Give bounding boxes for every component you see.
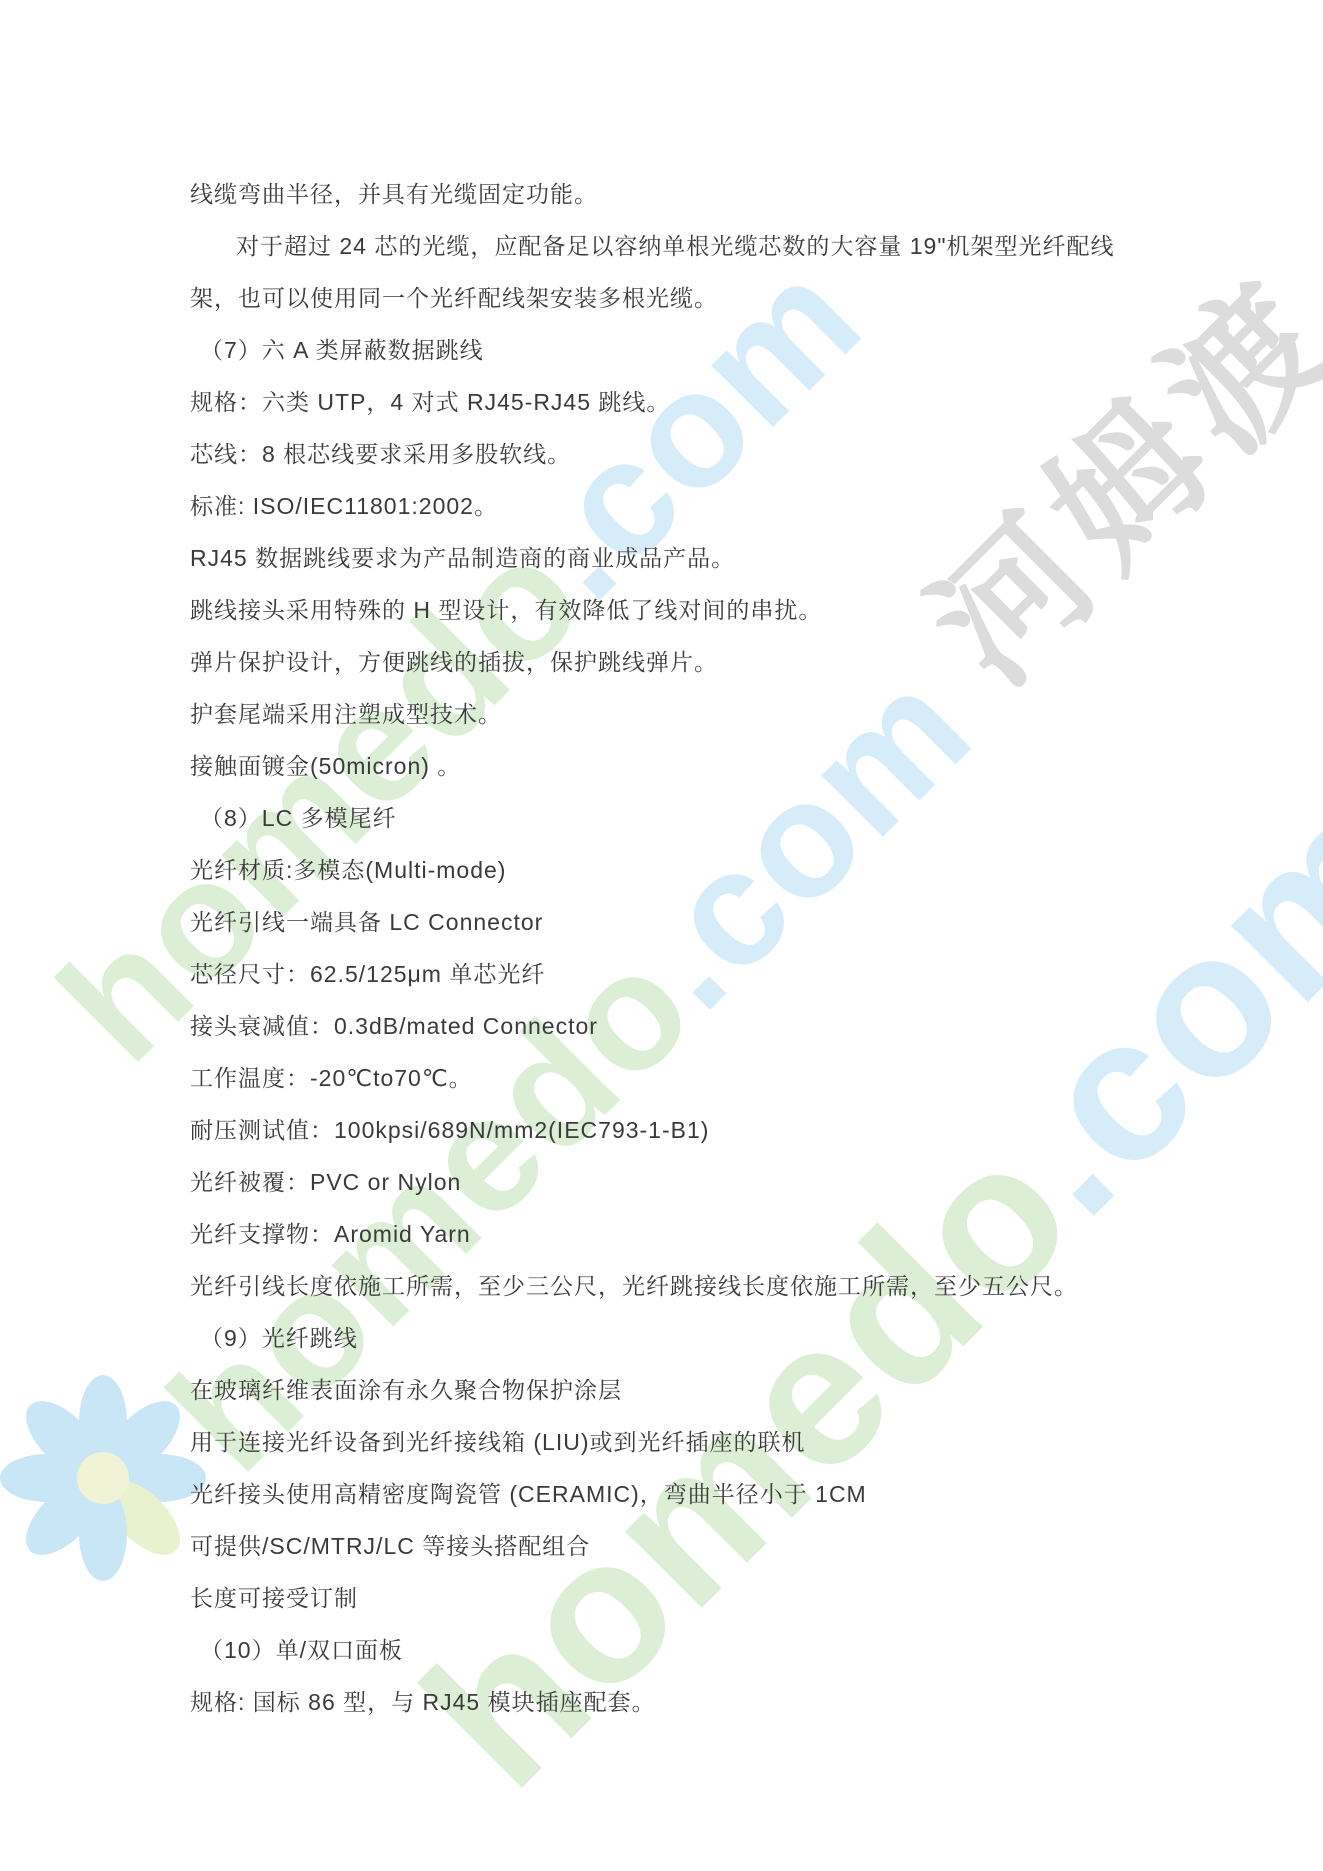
text-line: 在玻璃纤维表面涂有永久聚合物保护涂层 [190, 1362, 1293, 1414]
text-line: （7）六 A 类屏蔽数据跳线 [190, 322, 1293, 374]
flower-center [77, 1452, 129, 1504]
text-line: 架，也可以使用同一个光纤配线架安装多根光缆。 [190, 270, 1293, 322]
text-line: 光纤接头使用高精密度陶瓷管 (CERAMIC)，弯曲半径小于 1CM [190, 1466, 1293, 1518]
text-line: 工作温度：-20℃to70℃。 [190, 1050, 1293, 1102]
text-line: （10）单/双口面板 [190, 1622, 1293, 1674]
text-line: 跳线接头采用特殊的 H 型设计，有效降低了线对间的串扰。 [190, 582, 1293, 634]
text-line: 可提供/SC/MTRJ/LC 等接头搭配组合 [190, 1518, 1293, 1570]
text-line: 护套尾端采用注塑成型技术。 [190, 686, 1293, 738]
text-line: 光纤材质:多模态(Multi-mode) [190, 842, 1293, 894]
text-line: 光纤引线一端具备 LC Connector [190, 894, 1293, 946]
text-line: 芯线：8 根芯线要求采用多股软线。 [190, 426, 1293, 478]
text-line: 弹片保护设计，方便跳线的插拔，保护跳线弹片。 [190, 634, 1293, 686]
document-page: homedo.com homedo.com homedo.com 河姆渡 线缆弯… [0, 0, 1323, 1871]
text-line: 接触面镀金(50micron) 。 [190, 738, 1293, 790]
text-line: 标准: ISO/IEC11801:2002。 [190, 478, 1293, 530]
text-line: 耐压测试值：100kpsi/689N/mm2(IEC793-1-B1) [190, 1102, 1293, 1154]
text-line: （8）LC 多模尾纤 [190, 790, 1293, 842]
text-line: 光纤支撑物：Aromid Yarn [190, 1206, 1293, 1258]
text-line: 规格: 国标 86 型，与 RJ45 模块插座配套。 [190, 1674, 1293, 1726]
text-line: 规格：六类 UTP，4 对式 RJ45-RJ45 跳线。 [190, 374, 1293, 426]
text-line: RJ45 数据跳线要求为产品制造商的商业成品产品。 [190, 530, 1293, 582]
text-line: 接头衰减值：0.3dB/mated Connector [190, 998, 1293, 1050]
document-text: 线缆弯曲半径，并具有光缆固定功能。对于超过 24 芯的光缆，应配备足以容纳单根光… [190, 166, 1293, 1726]
text-line: 长度可接受订制 [190, 1570, 1293, 1622]
text-line: （9）光纤跳线 [190, 1310, 1293, 1362]
text-line: 对于超过 24 芯的光缆，应配备足以容纳单根光缆芯数的大容量 19"机架型光纤配… [190, 218, 1293, 270]
text-line: 光纤引线长度依施工所需，至少三公尺，光纤跳接线长度依施工所需，至少五公尺。 [190, 1258, 1293, 1310]
text-line: 光纤被覆：PVC or Nylon [190, 1154, 1293, 1206]
text-line: 用于连接光纤设备到光纤接线箱 (LIU)或到光纤插座的联机 [190, 1414, 1293, 1466]
text-line: 线缆弯曲半径，并具有光缆固定功能。 [190, 166, 1293, 218]
text-line: 芯径尺寸：62.5/125μm 单芯光纤 [190, 946, 1293, 998]
